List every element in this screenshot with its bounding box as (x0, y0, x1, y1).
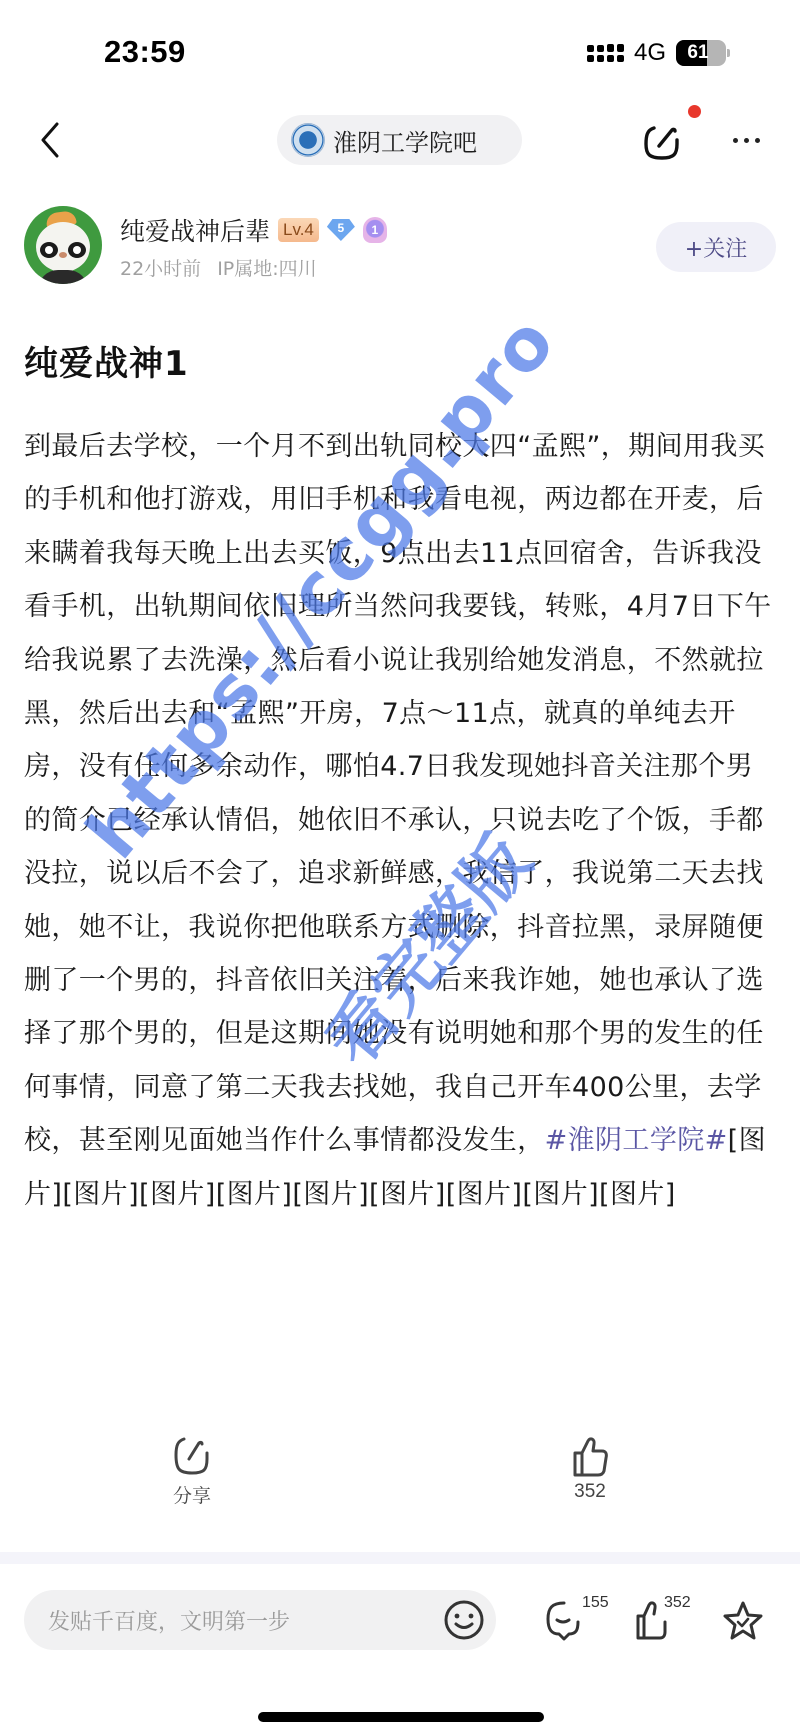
medal-badge-icon: 1 (363, 217, 387, 243)
like-button[interactable]: 352 (570, 1435, 610, 1503)
image-ref[interactable]: [图片] (599, 1179, 676, 1210)
image-ref[interactable]: [图片] (139, 1179, 216, 1210)
star-icon (722, 1600, 764, 1642)
image-ref[interactable]: [图片] (522, 1179, 599, 1210)
image-ref[interactable]: [图片] (62, 1179, 139, 1210)
like-count-bottom: 352 (664, 1594, 691, 1612)
section-divider (0, 1552, 800, 1564)
comment-input[interactable]: 发贴千百度，文明第一步 (24, 1590, 496, 1650)
gem-badge-icon: 5 (327, 219, 355, 241)
avatar[interactable] (24, 206, 102, 284)
more-button[interactable] (724, 128, 768, 152)
image-ref[interactable]: [图片] (369, 1179, 446, 1210)
notification-dot (688, 105, 701, 118)
hashtag-link[interactable]: #淮阴工学院# (545, 1125, 728, 1156)
share-label: 分享 (173, 1481, 211, 1508)
bottom-bar: 发贴千百度，文明第一步 155 352 (0, 1590, 800, 1654)
comments-button[interactable]: 155 (544, 1600, 584, 1646)
thumbs-up-icon (570, 1435, 610, 1477)
image-ref[interactable]: [图片] (292, 1179, 369, 1210)
comment-count: 155 (582, 1594, 609, 1612)
network-type: 4G (634, 39, 666, 67)
back-button[interactable] (30, 118, 70, 162)
comment-icon (544, 1600, 584, 1642)
nav-bar: 淮阴工学院吧 (0, 106, 800, 176)
emoji-button[interactable] (442, 1598, 486, 1642)
forum-link[interactable]: 淮阴工学院吧 (277, 115, 522, 165)
signal-strength-icon (587, 44, 624, 62)
more-dot-icon (733, 138, 738, 143)
home-indicator[interactable] (258, 1712, 544, 1722)
share-button[interactable]: 分享 (172, 1435, 212, 1508)
favorite-button[interactable] (722, 1600, 764, 1646)
like-count: 352 (574, 1481, 606, 1503)
post-actions: 分享 352 (0, 1435, 800, 1515)
post-time: 22小时前 (120, 254, 201, 281)
more-dot-icon (744, 138, 749, 143)
author-name-row: 纯爱战神后辈 Lv.4 5 1 (120, 212, 387, 248)
battery-icon: 61 (676, 40, 730, 66)
forum-name: 淮阴工学院吧 (333, 123, 477, 158)
image-ref[interactable]: [图片] (446, 1179, 523, 1210)
more-dot-icon (755, 138, 760, 143)
author-name[interactable]: 纯爱战神后辈 (120, 212, 270, 248)
author-header: 纯爱战神后辈 Lv.4 5 1 22小时前 IP属地:四川 +关注 (24, 206, 776, 286)
emoji-smile-icon (442, 1598, 486, 1642)
chevron-left-icon (39, 121, 61, 159)
follow-button[interactable]: +关注 (656, 222, 776, 272)
like-bottom-button[interactable]: 352 (634, 1600, 672, 1644)
edit-post-button[interactable] (640, 120, 684, 164)
post-title: 纯爱战神1 (24, 336, 189, 385)
image-ref[interactable]: [图片] (216, 1179, 293, 1210)
post-text: 到最后去学校，一个月不到出轨同校大四“孟熙”，期间用我买的手机和他打游戏，用旧手… (24, 431, 772, 1156)
post-body: 到最后去学校，一个月不到出轨同校大四“孟熙”，期间用我买的手机和他打游戏，用旧手… (24, 420, 776, 1221)
forum-logo (291, 123, 325, 157)
author-meta: 22小时前 IP属地:四川 (120, 254, 317, 281)
status-indicators: 4G 61 (587, 39, 730, 67)
edit-post-icon (640, 120, 684, 164)
level-badge: Lv.4 (278, 218, 319, 242)
share-icon (172, 1435, 212, 1477)
ip-location: IP属地:四川 (217, 254, 316, 281)
status-time: 23:59 (104, 34, 186, 70)
battery-level: 61 (676, 42, 726, 64)
status-bar: 23:59 4G 61 (0, 0, 800, 100)
